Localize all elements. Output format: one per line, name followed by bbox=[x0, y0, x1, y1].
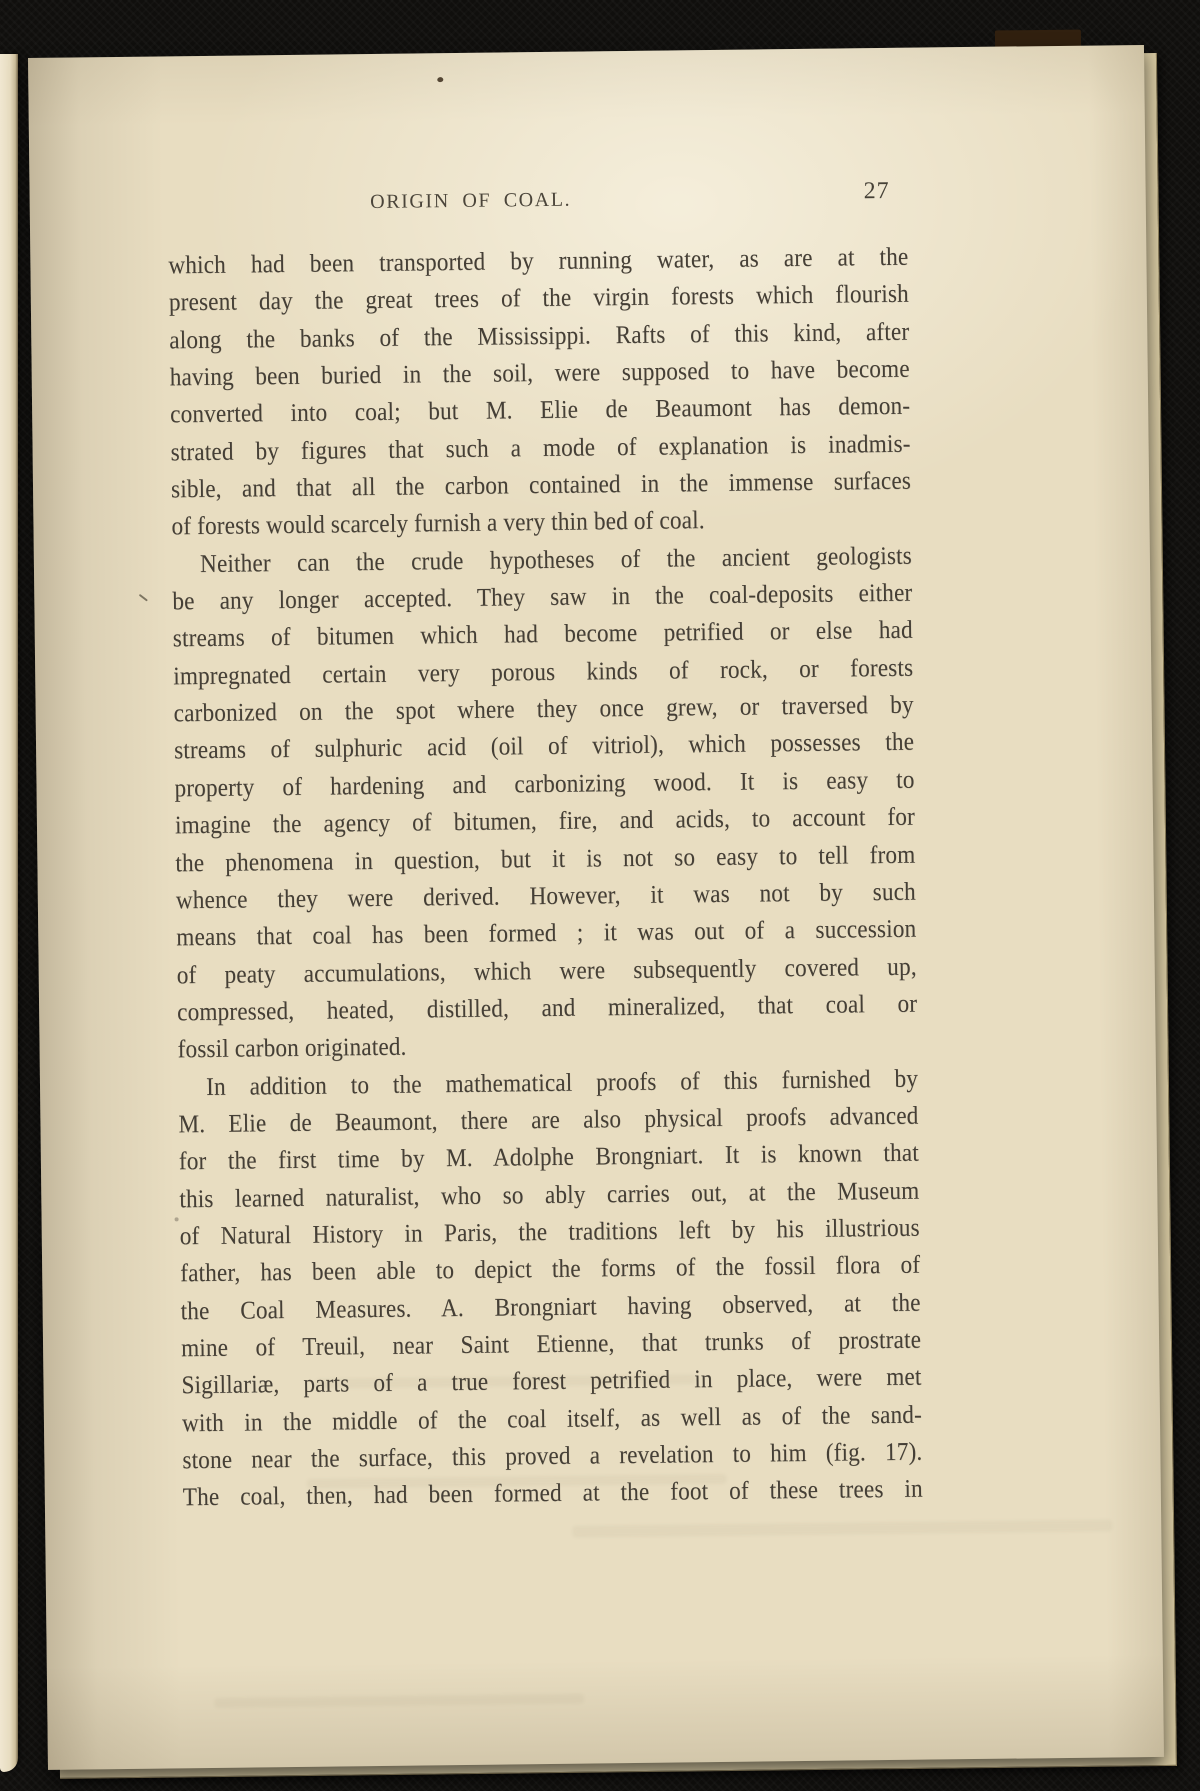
text-line: The coal, then, had been formed at the f… bbox=[183, 1470, 923, 1516]
left-page-fore-edge bbox=[0, 54, 18, 1772]
scanned-book-page: ORIGIN OF COAL. 27 which had been transp… bbox=[28, 45, 1164, 1770]
show-through-smudge bbox=[214, 1694, 584, 1708]
book-scan-background: ORIGIN OF COAL. 27 which had been transp… bbox=[0, 0, 1200, 1791]
page-body-text: which had been transported by running wa… bbox=[168, 238, 923, 1516]
ink-speck bbox=[437, 77, 443, 82]
running-header: ORIGIN OF COAL. bbox=[318, 188, 624, 215]
margin-pencil-mark bbox=[139, 594, 148, 602]
page-number: 27 bbox=[863, 178, 889, 205]
show-through-smudge bbox=[572, 1519, 1112, 1537]
margin-dot-mark bbox=[175, 1217, 179, 1221]
